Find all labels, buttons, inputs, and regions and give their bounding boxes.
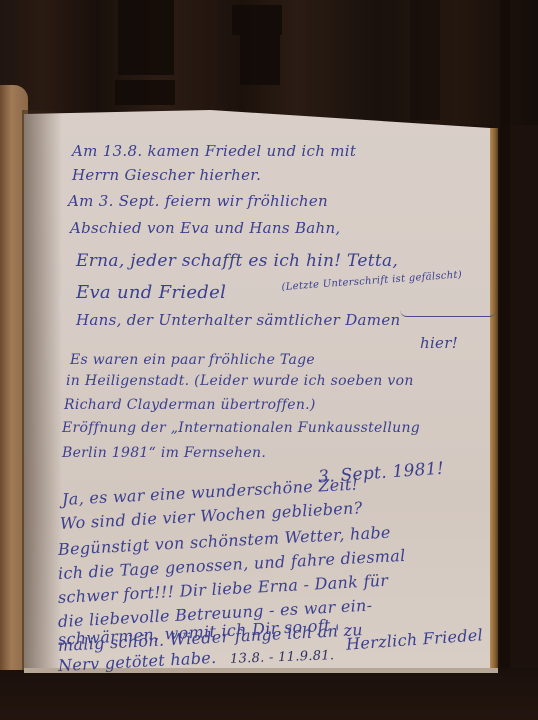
background-edge: [500, 0, 510, 720]
handwritten-line: Es waren ein paar fröhliche Tage: [70, 352, 315, 368]
handwritten-line: hier!: [420, 334, 458, 352]
handwritten-line: Richard Clayderman übertroffen.): [64, 397, 316, 413]
background-shadow-block: [240, 35, 280, 85]
handwritten-line: Am 3. Sept. feiern wir fröhlichen: [68, 192, 328, 210]
spine-shadow: [22, 110, 62, 670]
background-shadow-block: [410, 0, 440, 120]
handwritten-line: Berlin 1981“ im Fernsehen.: [62, 445, 266, 461]
handwritten-line: Herrn Giescher hierher.: [72, 166, 261, 184]
handwritten-line: Hans, der Unterhalter sämtlicher Damen: [76, 311, 400, 329]
book-cover-edge: [490, 128, 498, 668]
handwritten-line: Abschied von Eva und Hans Bahn,: [70, 219, 341, 237]
handwritten-line: Eröffnung der „Internationalen Funkausst…: [62, 420, 420, 436]
table-surface: [0, 668, 538, 720]
background-shadow-block: [232, 5, 282, 35]
handwritten-line: in Heiligenstadt. (Leider wurde ich soeb…: [66, 373, 414, 389]
handwritten-line: Eva und Friedel: [76, 282, 226, 303]
handwritten-line: Am 13.8. kamen Friedel und ich mit: [72, 142, 356, 160]
background-shadow-block: [115, 80, 175, 105]
handwritten-line: Erna, jeder schafft es ich hin! Tetta,: [76, 251, 398, 271]
background-shadow-block: [118, 0, 174, 75]
handwritten-underline: [400, 310, 496, 317]
